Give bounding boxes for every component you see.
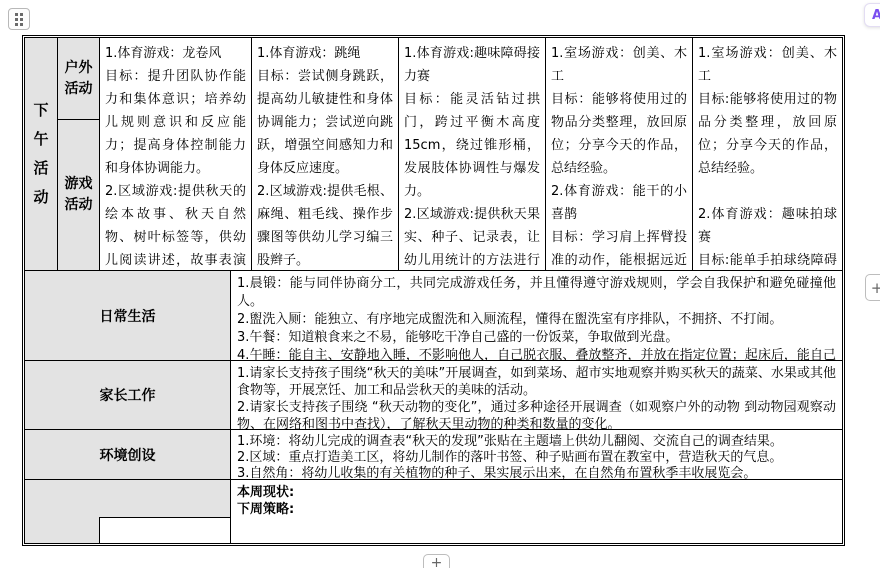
drag-dots-icon xyxy=(15,13,23,26)
paragraph: 1.晨锻：能与同伴协商分工，共同完成游戏任务，并且懂得遵守游戏规则，学会自我保护… xyxy=(237,275,836,311)
cell-day2-plan[interactable]: 1.体育游戏：跳绳 目标：尝试侧身跳跃，提高幼儿敏捷性和身体协调能力；尝试逆向跳… xyxy=(252,38,399,270)
paragraph: 1.请家长支持孩子围绕“秋天的美味”开展调查，如到菜场、超市实地观察并购买秋天的… xyxy=(237,365,836,399)
header-parents-work-label: 家长工作 xyxy=(100,385,156,405)
header-weekly-summary-empty[interactable] xyxy=(25,480,231,543)
subheader-game[interactable]: 游戏活动 xyxy=(58,120,99,270)
paragraph: 1.室场游戏：创美、木工 xyxy=(698,42,837,88)
paragraph: 目标：能灵活钻过拱门，跨过平衡木高度 15cm，绕过锥形桶，发展肢体协调性与爆发… xyxy=(404,88,540,203)
row-environment-setup: 环境创设 1.环境：将幼儿完成的调查表“秋天的发现”张贴在主题墙上供幼儿翻阅、交… xyxy=(25,430,842,480)
paragraph: 2.区域游戏:提供毛根、麻绳、粗毛线、操作步骤图等供幼儿学习编三股辫子。 xyxy=(257,180,393,270)
next-week-strategy-label: 下周策略: xyxy=(237,501,836,518)
paragraph: 目标:能够将使用过的物品分类整理，放回原位；分享今天的作品，总结经验。 xyxy=(698,88,837,180)
row-afternoon-activities: 下午活动 户外活动 游戏活动 1.体育游戏：龙卷风 目标：提升团队协作能力和集体… xyxy=(25,38,842,271)
subheader-column: 户外活动 游戏活动 xyxy=(58,38,100,270)
cell-environment-content[interactable]: 1.环境：将幼儿完成的调查表“秋天的发现”张贴在主题墙上供幼儿翻阅、交流自己的调… xyxy=(231,430,842,479)
subheader-game-label: 游戏活动 xyxy=(64,174,94,216)
paragraph: 3.自然角：将幼儿收集的有关植物的种子、果实展示出来，在自然角布置秋季丰收展览会… xyxy=(237,466,836,479)
header-parents-work[interactable]: 家长工作 xyxy=(25,361,231,429)
paragraph: 4.午睡：能自主、安静地入睡，不影响他人，自己脱衣服、叠放整齐，并放在指定位置；… xyxy=(237,347,836,360)
header-environment-setup[interactable]: 环境创设 xyxy=(25,430,231,479)
paragraph: 1.室场游戏：创美、木工 xyxy=(551,42,687,88)
paragraph: 目标：能够将使用过的物品分类整理，放回原位；分享今天的作品，总结经验。 xyxy=(551,88,687,180)
cell-day3-plan[interactable]: 1.体育游戏:趣味障碍接力赛 目标：能灵活钻过拱门，跨过平衡木高度 15cm，绕… xyxy=(399,38,546,270)
header-daily-life[interactable]: 日常生活 xyxy=(25,271,231,360)
subheader-outdoor-label: 户外活动 xyxy=(64,58,94,100)
header-daily-life-label: 日常生活 xyxy=(100,306,156,326)
row-parents-work: 家长工作 1.请家长支持孩子围绕“秋天的美味”开展调查，如到菜场、超市实地观察并… xyxy=(25,361,842,430)
weekly-plan-table: 下午活动 户外活动 游戏活动 1.体育游戏：龙卷风 目标：提升团队协作能力和集体… xyxy=(22,35,845,546)
paragraph: 1.环境：将幼儿完成的调查表“秋天的发现”张贴在主题墙上供幼儿翻阅、交流自己的调… xyxy=(237,434,836,450)
paragraph: 目标:能单手拍球绕障碍物行走，提升身体平衡感；锻炼上肢力量和手眼协调能力，提高毅… xyxy=(698,249,837,270)
cell-parents-work-content[interactable]: 1.请家长支持孩子围绕“秋天的美味”开展调查，如到菜场、超市实地观察并购买秋天的… xyxy=(231,361,842,429)
header-afternoon-label: 下午活动 xyxy=(33,96,49,212)
table-move-handle-button[interactable] xyxy=(8,8,30,30)
paragraph xyxy=(698,180,837,203)
ai-assistant-button[interactable]: A xyxy=(864,3,880,27)
paragraph: 目标：尝试侧身跳跃，提高幼儿敏捷性和身体协调能力；尝试逆向跳跃，增强空间感知力和… xyxy=(257,65,393,180)
paragraph: 2.体育游戏：趣味拍球赛 xyxy=(698,203,837,249)
paragraph: 目标：提升团队协作能力和集体意识；培养幼儿规则意识和反应能力；提高身体控制能力和… xyxy=(105,65,246,180)
paragraph: 目标：学习肩上挥臂投准的动作，能根据远近高低等因素动作标准的投准。 xyxy=(551,226,687,270)
row-weekly-summary: 本周现状: 下周策略: xyxy=(25,480,842,543)
paragraph: 2.请家长支持孩子围绕 “秋天动物的变化”，通过多种途径开展调查（如观察户外的动… xyxy=(237,399,836,429)
cell-daily-life-content[interactable]: 1.晨锻：能与同伴协商分工，共同完成游戏任务，并且懂得遵守游戏规则，学会自我保护… xyxy=(231,271,842,360)
cell-weekly-summary-content[interactable]: 本周现状: 下周策略: xyxy=(231,480,842,543)
add-row-button[interactable]: + xyxy=(423,554,450,568)
subheader-outdoor[interactable]: 户外活动 xyxy=(58,38,99,120)
paragraph: 2.区域游戏:提供秋天果实、种子、记录表，让幼儿用统计的方法进行简单数据统计。 xyxy=(404,203,540,270)
cell-day1-plan[interactable]: 1.体育游戏：龙卷风 目标：提升团队协作能力和集体意识；培养幼儿规则意识和反应能… xyxy=(100,38,252,270)
paragraph: 2.区域：重点打造美工区，将幼儿制作的落叶书签、种子贴画布置在教室中，营造秋天的… xyxy=(237,450,836,466)
cell-day4-plan[interactable]: 1.室场游戏：创美、木工 目标：能够将使用过的物品分类整理，放回原位；分享今天的… xyxy=(546,38,693,270)
paragraph: 1.体育游戏：龙卷风 xyxy=(105,42,246,65)
header-afternoon-activities[interactable]: 下午活动 xyxy=(25,38,58,270)
current-week-status-label: 本周现状: xyxy=(237,484,836,501)
add-column-button[interactable]: + xyxy=(865,274,880,301)
paragraph: 3.午餐：知道粮食来之不易，能够吃干净自己盛的一份饭菜，争取做到光盘。 xyxy=(237,329,836,347)
paragraph: 2.体育游戏：能干的小喜鹊 xyxy=(551,180,687,226)
paragraph: 2.区域游戏:提供秋天的绘本故事、秋天自然物、树叶标签等，供幼儿阅读讲述，故事表… xyxy=(105,180,246,270)
paragraph: 2.盥洗入厕：能独立、有序地完成盥洗和入厕流程，懂得在盥洗室有序排队，不拥挤、不… xyxy=(237,311,836,329)
row-daily-life: 日常生活 1.晨锻：能与同伴协商分工，共同完成游戏任务，并且懂得遵守游戏规则，学… xyxy=(25,271,842,361)
header-environment-setup-label: 环境创设 xyxy=(100,445,156,465)
paragraph: 1.体育游戏:趣味障碍接力赛 xyxy=(404,42,540,88)
header-notch xyxy=(99,517,230,543)
document-page: A + + 下午活动 户外活动 游戏活动 1.体育游戏：龙卷风 目标：提升团队协… xyxy=(0,0,880,568)
cell-day5-plan[interactable]: 1.室场游戏：创美、木工 目标:能够将使用过的物品分类整理，放回原位；分享今天的… xyxy=(693,38,842,270)
paragraph: 1.体育游戏：跳绳 xyxy=(257,42,393,65)
